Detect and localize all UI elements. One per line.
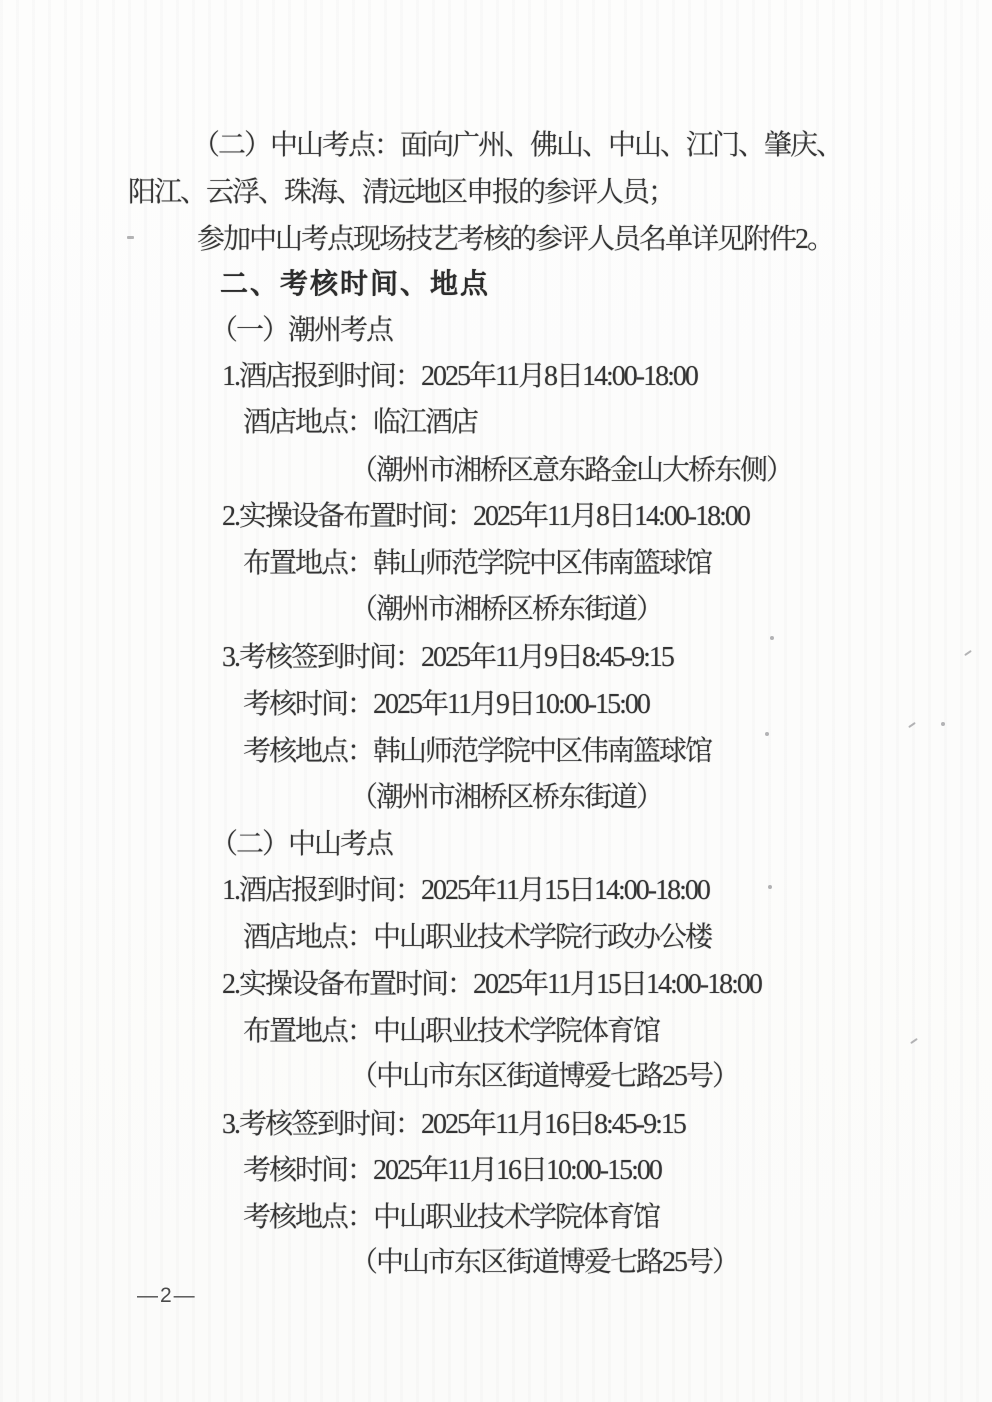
- document-page: （二）中山考点：面向广州、佛山、中山、江门、肇庆、 阳江、云浮、珠海、清远地区申…: [0, 0, 992, 1402]
- line-cz-hotel-checkin-time: 1.酒店报到时间：2025年11月8日14:00-18:00: [222, 354, 697, 394]
- line-cz-exam-address: （潮州市湘桥区桥东街道）: [350, 775, 662, 815]
- line-cz-setup-address: （潮州市湘桥区桥东街道）: [350, 587, 662, 627]
- scan-speck: [941, 722, 945, 726]
- heading-exam-time-location: 二、考核时间、地点: [220, 262, 490, 302]
- line-zs-signin-time: 3.考核签到时间：2025年11月16日8:45-9:15: [222, 1102, 685, 1142]
- line-zs-exam-location: 考核地点：中山职业技术学院体育馆: [243, 1195, 659, 1235]
- line-zs-exam-time: 考核时间：2025年11月16日10:00-15:00: [243, 1148, 661, 1188]
- line-zs-setup-address: （中山市东区街道博爱七路25号）: [350, 1054, 738, 1094]
- line-cz-hotel-location: 酒店地点：临江酒店: [243, 400, 477, 440]
- line-cz-exam-location: 考核地点：韩山师范学院中区伟南篮球馆: [243, 729, 711, 769]
- line-zs-hotel-location: 酒店地点：中山职业技术学院行政办公楼: [243, 915, 711, 955]
- scan-speck: [127, 236, 134, 239]
- scan-speck: [765, 732, 769, 736]
- line-zhongshan-site-heading: （二）中山考点: [210, 822, 392, 862]
- line-cz-setup-location: 布置地点：韩山师范学院中区伟南篮球馆: [243, 541, 711, 581]
- line-chaozhou-site-heading: （一）潮州考点: [210, 308, 392, 348]
- line-zs-setup-location: 布置地点：中山职业技术学院体育馆: [243, 1009, 659, 1049]
- line-cz-setup-time: 2.实操设备布置时间：2025年11月8日14:00-18:00: [222, 494, 749, 534]
- line-site2-attachment-note: 参加中山考点现场技艺考核的参评人员名单详见附件2。: [197, 217, 833, 257]
- line-site2-regions: 阳江、云浮、珠海、清远地区申报的参评人员；: [128, 170, 674, 210]
- scan-speck: [768, 885, 772, 889]
- scan-speck: [770, 636, 774, 640]
- line-zs-hotel-checkin-time: 1.酒店报到时间：2025年11月15日14:00-18:00: [222, 868, 709, 908]
- page-number: —2—: [137, 1284, 197, 1308]
- line-site2-intro: （二）中山考点：面向广州、佛山、中山、江门、肇庆、: [192, 123, 842, 163]
- line-zs-setup-time: 2.实操设备布置时间：2025年11月15日14:00-18:00: [222, 962, 761, 1002]
- line-zs-exam-address: （中山市东区街道博爱七路25号）: [350, 1240, 738, 1280]
- scan-speck: [964, 650, 972, 656]
- line-cz-hotel-address: （潮州市湘桥区意东路金山大桥东侧）: [350, 448, 792, 488]
- line-cz-signin-time: 3.考核签到时间：2025年11月9日8:45-9:15: [222, 635, 673, 675]
- scan-speck: [908, 722, 916, 728]
- scan-speck: [910, 1038, 918, 1044]
- line-cz-exam-time: 考核时间：2025年11月9日10:00-15:00: [243, 682, 649, 722]
